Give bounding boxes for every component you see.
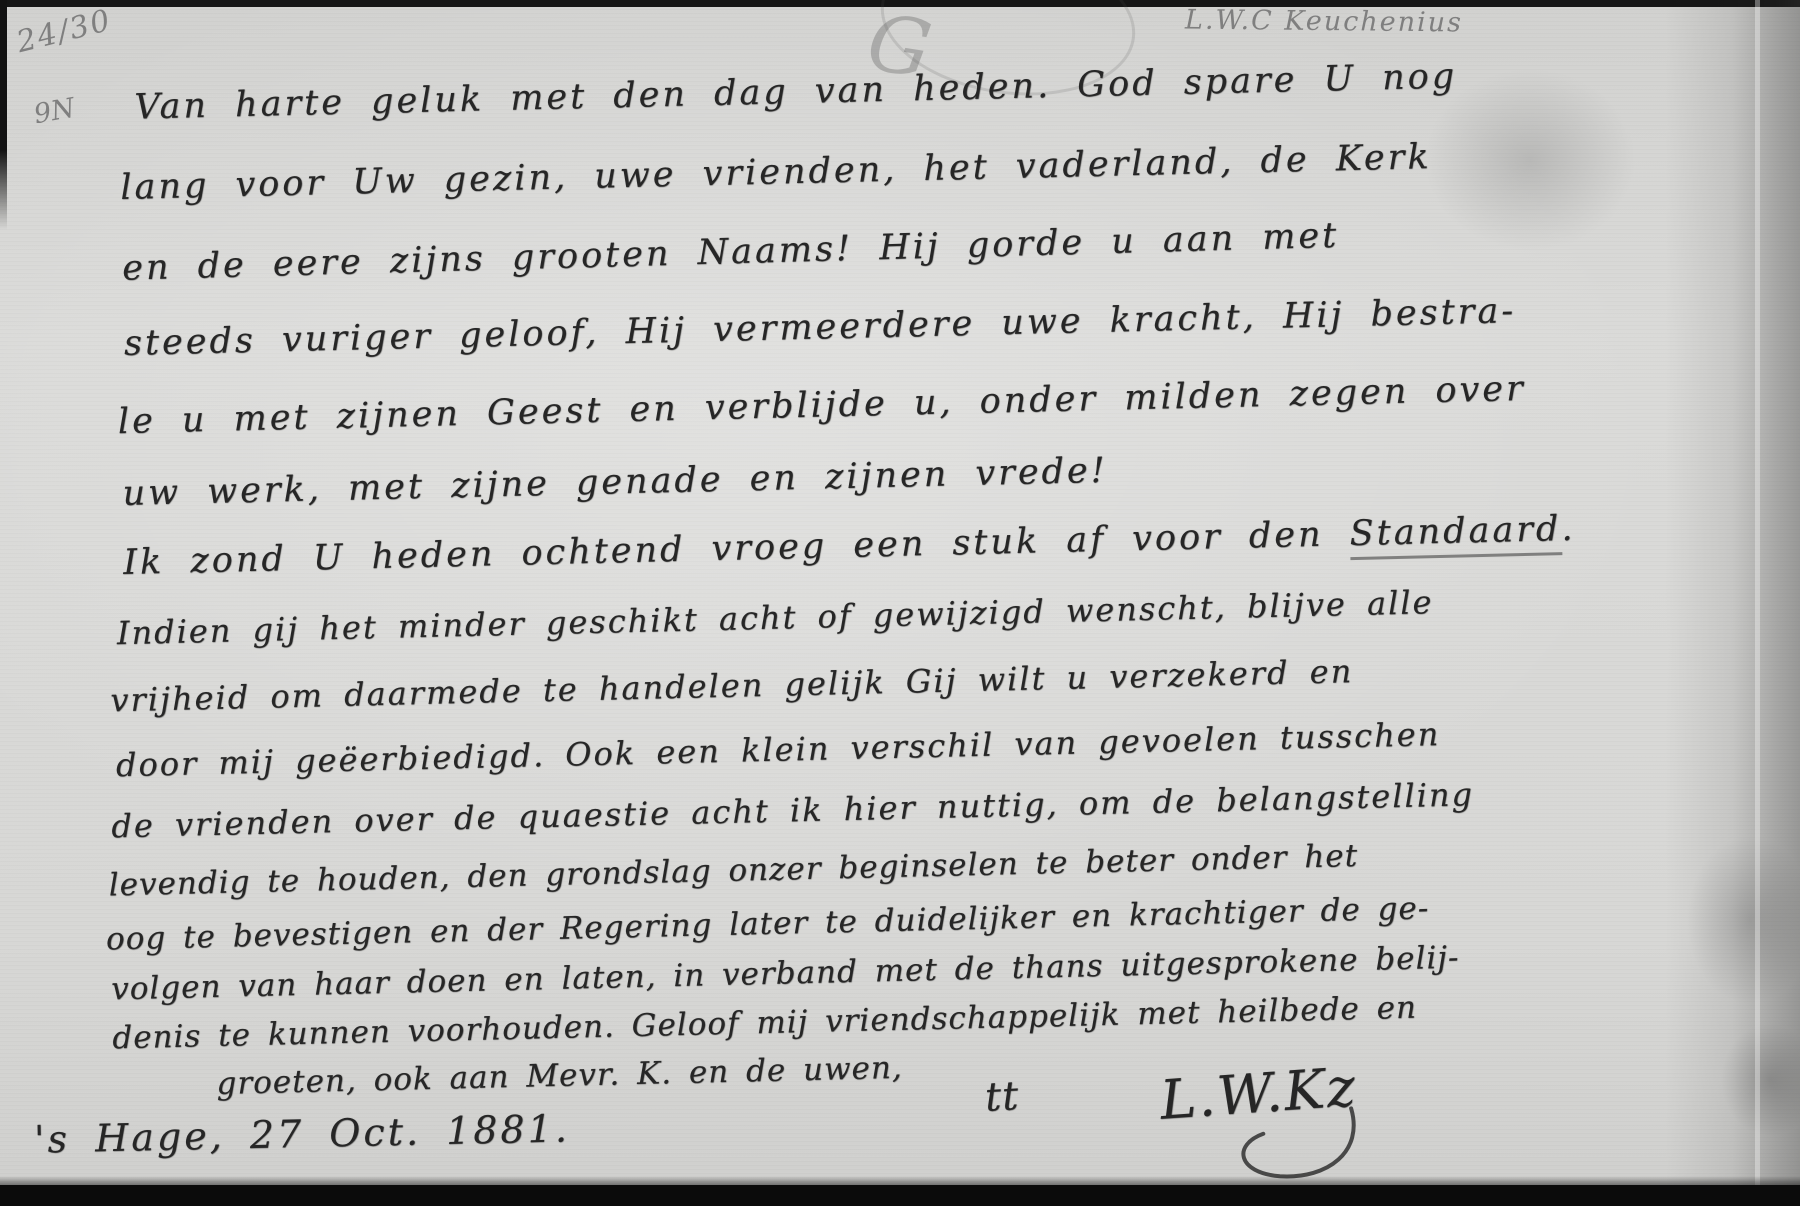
scan-edge-left: [0, 0, 7, 230]
closing-tt: tt: [984, 1073, 1021, 1121]
page-edge-highlight: [1755, 0, 1760, 1206]
letter-line: door mij geëerbiedigd. Ook een klein ver…: [116, 709, 1734, 784]
letter-body: Van harte geluk met den dag van heden. G…: [118, 50, 1741, 1103]
letter-line: le u met zijnen Geest en verblijde u, on…: [117, 364, 1725, 442]
letter-line: steeds vuriger geloof, Hij vermeerdere u…: [124, 286, 1724, 364]
line-text-pre: Ik zond U heden ochtend vroeg een stuk a…: [123, 514, 1350, 583]
letter-line: uw werk, met zijne genade en zijnen vred…: [122, 436, 1727, 514]
letter-line: Indien gij het minder geschikt acht of g…: [116, 577, 1730, 652]
pencil-attribution: L.W.C Keuchenius: [1185, 5, 1463, 39]
letter-line-standaard: Ik zond U heden ochtend vroeg een stuk a…: [123, 505, 1729, 583]
line-text-post: .: [1561, 509, 1576, 549]
underlined-standaard: Standaard: [1349, 509, 1562, 560]
letter-line: vrijheid om daarmede te handelen gelijk …: [110, 644, 1732, 719]
scan-edge-bottom-shadow: [0, 1176, 1800, 1185]
letter-line: en de eere zijns grooten Naams! Hij gord…: [122, 205, 1722, 288]
letter-line: lang voor Uw gezin, uwe vrienden, het va…: [120, 130, 1720, 208]
scan-edge-bottom: [0, 1185, 1800, 1206]
scanned-letter-page: 24/30 9N L.W.C Keuchenius G Van harte ge…: [0, 0, 1800, 1206]
